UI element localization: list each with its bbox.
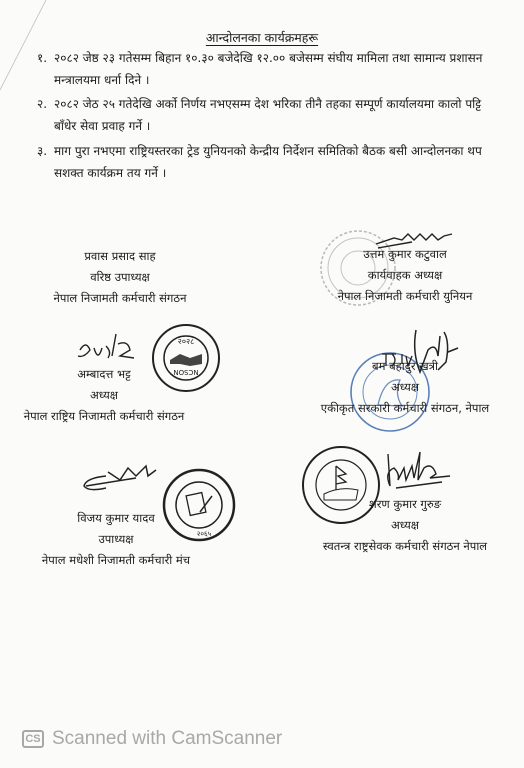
item-number: २.: [37, 93, 47, 115]
signatory-2: उत्तम कुमार कटुवाल कार्यवाहक अध्यक्ष नेप…: [300, 244, 510, 307]
signatory-name: विजय कुमार यादव: [16, 508, 216, 529]
signatory-position: अध्यक्ष: [300, 515, 510, 536]
item-number: ३.: [37, 140, 47, 162]
item-text: २०८२ जेष्ठ २३ गतेसम्म बिहान १०.३० बजेदेख…: [37, 47, 497, 91]
signatory-organization: स्वतन्त्र राष्ट्रसेवक कर्मचारी संगठन नेप…: [300, 536, 510, 557]
signatory-5: विजय कुमार यादव उपाध्यक्ष नेपाल मधेशी नि…: [16, 508, 216, 571]
signature-gurung: [380, 448, 460, 492]
signatory-organization: एकीकृत सरकारी कर्मचारी संगठन, नेपाल: [290, 398, 520, 419]
signatory-name: शरण कुमार गुरुङ: [300, 494, 510, 515]
signature-bhatt: [72, 326, 142, 368]
program-item-2: २. २०८२ जेठ २५ गतेदेखि अर्को निर्णय नभएस…: [37, 93, 497, 137]
signatory-name: प्रवास प्रसाद साह: [20, 246, 220, 267]
signatory-position: अध्यक्ष: [4, 385, 204, 406]
item-text: माग पुरा नभएमा राष्ट्रियस्तरका ट्रेड युन…: [37, 140, 497, 184]
signatory-6: शरण कुमार गुरुङ अध्यक्ष स्वतन्त्र राष्ट्…: [300, 494, 510, 557]
signatory-name: बम बहादुर खत्री: [290, 356, 520, 377]
signatory-organization: नेपाल निजामती कर्मचारी युनियन: [300, 286, 510, 307]
item-text: २०८२ जेठ २५ गतेदेखि अर्को निर्णय नभएसम्म…: [37, 93, 497, 137]
signatory-organization: नेपाल मधेशी निजामती कर्मचारी मंच: [16, 550, 216, 571]
signatory-position: उपाध्यक्ष: [16, 529, 216, 550]
item-number: १.: [37, 47, 47, 69]
signatory-3: अम्बादत्त भट्ट अध्यक्ष नेपाल राष्ट्रिय न…: [4, 364, 204, 427]
program-item-3: ३. माग पुरा नभएमा राष्ट्रियस्तरका ट्रेड …: [37, 140, 497, 184]
signatory-1: प्रवास प्रसाद साह वरिष्ठ उपाध्यक्ष नेपाल…: [20, 246, 220, 309]
watermark-text: Scanned with CamScanner: [52, 728, 282, 750]
signatory-organization: नेपाल निजामती कर्मचारी संगठन: [20, 288, 220, 309]
signatory-position: कार्यवाहक अध्यक्ष: [300, 265, 510, 286]
camscanner-logo-icon: CS: [22, 730, 44, 748]
signatory-name: अम्बादत्त भट्ट: [4, 364, 204, 385]
document-title: आन्दोलनका कार्यक्रमहरू: [0, 29, 524, 46]
signatory-position: वरिष्ठ उपाध्यक्ष: [20, 267, 220, 288]
program-item-1: १. २०८२ जेष्ठ २३ गतेसम्म बिहान १०.३० बजे…: [37, 47, 497, 91]
camscanner-watermark: CS Scanned with CamScanner: [22, 728, 282, 750]
signatory-organization: नेपाल राष्ट्रिय निजामती कर्मचारी संगठन: [4, 406, 204, 427]
signatory-name: उत्तम कुमार कटुवाल: [300, 244, 510, 265]
signatory-4: बम बहादुर खत्री अध्यक्ष एकीकृत सरकारी कर…: [290, 356, 520, 419]
svg-text:२०२८: २०२८: [178, 337, 195, 346]
signature-yadav: [76, 456, 166, 496]
signatory-position: अध्यक्ष: [290, 377, 520, 398]
